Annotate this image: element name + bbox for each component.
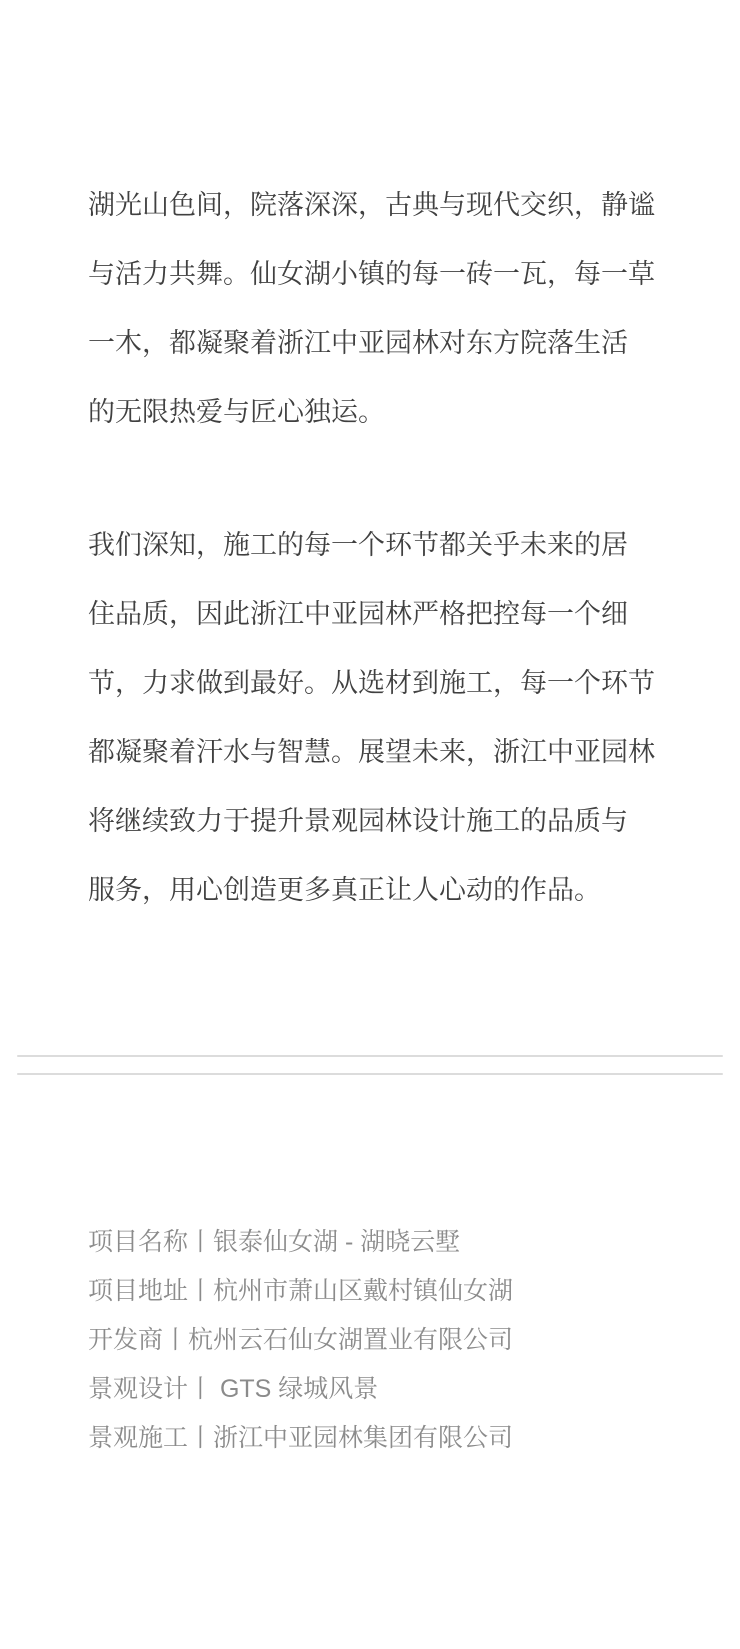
paragraph-line: 将继续致力于提升景观园林设计施工的品质与 — [88, 787, 668, 856]
article-page: 湖光山色间，院落深深，古典与现代交织，静谧 与活力共舞。仙女湖小镇的每一砖一瓦，… — [0, 0, 740, 1649]
divider-line-bottom — [17, 1073, 723, 1075]
paragraph-line: 节，力求做到最好。从选材到施工，每一个环节 — [88, 649, 668, 718]
paragraph-line: 一木，都凝聚着浙江中亚园林对东方院落生活 — [88, 309, 668, 378]
credit-landscape-construction: 景观施工丨浙江中亚园林集团有限公司 — [88, 1414, 668, 1463]
paragraph-line: 湖光山色间，院落深深，古典与现代交织，静谧 — [88, 171, 668, 240]
divider-line-top — [17, 1055, 723, 1057]
credit-landscape-design: 景观设计丨 GTS 绿城风景 — [88, 1365, 668, 1414]
paragraph-line: 我们深知，施工的每一个环节都关乎未来的居 — [88, 511, 668, 580]
credit-project-address: 项目地址丨杭州市萧山区戴村镇仙女湖 — [88, 1267, 668, 1316]
project-credits-list: 项目名称丨银泰仙女湖 - 湖晓云墅 项目地址丨杭州市萧山区戴村镇仙女湖 开发商丨… — [88, 1218, 668, 1463]
article-paragraph-1: 湖光山色间，院落深深，古典与现代交织，静谧 与活力共舞。仙女湖小镇的每一砖一瓦，… — [88, 171, 668, 447]
credit-project-name: 项目名称丨银泰仙女湖 - 湖晓云墅 — [88, 1218, 668, 1267]
paragraph-line: 与活力共舞。仙女湖小镇的每一砖一瓦，每一草 — [88, 240, 668, 309]
paragraph-line: 住品质，因此浙江中亚园林严格把控每一个细 — [88, 580, 668, 649]
credit-developer: 开发商丨杭州云石仙女湖置业有限公司 — [88, 1316, 668, 1365]
paragraph-line: 都凝聚着汗水与智慧。展望未来，浙江中亚园林 — [88, 718, 668, 787]
paragraph-line: 服务，用心创造更多真正让人心动的作品。 — [88, 856, 668, 925]
article-paragraph-2: 我们深知，施工的每一个环节都关乎未来的居 住品质，因此浙江中亚园林严格把控每一个… — [88, 511, 668, 925]
paragraph-line: 的无限热爱与匠心独运。 — [88, 378, 668, 447]
